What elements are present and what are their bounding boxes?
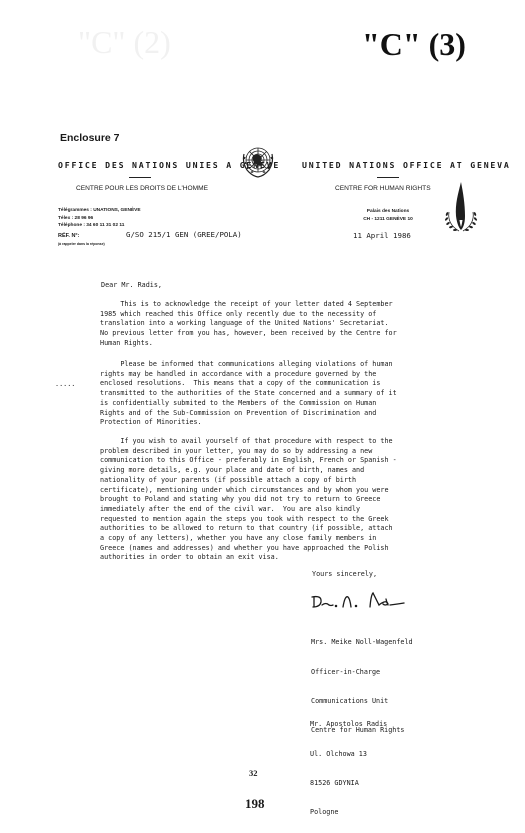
letterhead-divider-left — [129, 177, 151, 178]
paragraph-line: a copy of any letters), whether you have… — [100, 534, 397, 544]
letter-closing: Yours sincerely, — [312, 570, 377, 580]
paragraph-line: is confidentially submited to the Member… — [100, 399, 397, 409]
telex-line: Télex : 28 96 96 — [58, 215, 141, 223]
paragraph-line: rights may be handled in accordance with… — [100, 370, 397, 380]
recipient-address: Mr. Apostolos Radis Ul. Olchowa 13 81526… — [310, 701, 387, 827]
reference-note: (à rappeler dans la réponse) — [58, 242, 105, 246]
paragraph-line: requested to mention again the steps you… — [100, 515, 397, 525]
paragraph-line: giving more details, e.g. your place and… — [100, 466, 397, 476]
paragraph-line: If you wish to avail yourself of that pr… — [100, 437, 397, 447]
recipient-country: Pologne — [310, 808, 387, 818]
reference-label: RÉF. N°: — [58, 233, 79, 239]
margin-mark: ..... — [55, 380, 75, 388]
recipient-street: Ul. Olchowa 13 — [310, 750, 387, 760]
paragraph-procedure: Please be informed that communications a… — [100, 360, 397, 428]
united-nations-emblem-icon — [239, 142, 277, 180]
telephone-line: Téléphone : 34 60 11 31 02 11 — [58, 222, 141, 230]
paragraph-line: authorities in order to obtain an exit v… — [100, 553, 397, 563]
page-number-collection: 198 — [245, 796, 265, 812]
letterhead-divider-right — [377, 177, 399, 178]
signatory-name: Mrs. Meike Noll-Wagenfeld — [311, 638, 413, 648]
address-line: CH - 1211 GENÈVE 10 — [352, 216, 424, 224]
paragraph-line: Human Rights. — [100, 339, 397, 349]
recipient-name: Mr. Apostolos Radis — [310, 720, 387, 730]
paragraph-line: brought to Poland and stating why you di… — [100, 495, 397, 505]
paragraph-line: Protection of Minorities. — [100, 418, 397, 428]
centre-name-english: CENTRE FOR HUMAN RIGHTS — [335, 185, 431, 192]
paragraph-line: 1985 which reached this Office only rece… — [100, 310, 397, 320]
recipient-city: 81526 GDYNIA — [310, 779, 387, 789]
paragraph-line: This is to acknowledge the receipt of yo… — [100, 300, 397, 310]
paragraph-acknowledgement: This is to acknowledge the receipt of yo… — [100, 300, 397, 349]
paragraph-line: immediately after the end of the civil w… — [100, 505, 397, 515]
paragraph-line: Rights and of the Sub-Commission on Prev… — [100, 409, 397, 419]
paragraph-line: communication to this Office - preferabl… — [100, 456, 397, 466]
paragraph-line: Please be informed that communications a… — [100, 360, 397, 370]
letter-date: 11 April 1986 — [353, 231, 411, 240]
office-address: Palais des Nations CH - 1211 GENÈVE 10 — [352, 208, 424, 224]
centre-name-french: CENTRE POUR LES DROITS DE L'HOMME — [76, 185, 208, 192]
paragraph-line: transmitted to the authorities of the St… — [100, 389, 397, 399]
paragraph-line: translation into a working language of t… — [100, 319, 397, 329]
paragraph-line: No previous letter from you has, however… — [100, 329, 397, 339]
paragraph-line: certificate), mentioning under which cir… — [100, 486, 397, 496]
paragraph-line: enclosed resolutions. This means that a … — [100, 379, 397, 389]
address-line: Palais des Nations — [352, 208, 424, 216]
letter-greeting: Dear Mr. Radis, — [101, 281, 162, 291]
paragraph-line: problem described in your letter, you ma… — [100, 447, 397, 457]
office-name-english: UNITED NATIONS OFFICE AT GENEVA — [302, 160, 511, 170]
enclosure-heading: Enclosure 7 — [60, 132, 120, 144]
paragraph-line: authorities to be allowed to return to t… — [100, 524, 397, 534]
signatory-title: Officer-in-Charge — [311, 668, 413, 678]
page-number-internal: 32 — [249, 768, 258, 778]
paragraph-line: nationality of your parents (if possible… — [100, 476, 397, 486]
human-rights-flame-laurel-icon — [437, 180, 485, 240]
exhibit-label: "C" (3) — [362, 26, 466, 63]
telegram-line: Télégrammes : UNATIONS, GENÈVE — [58, 207, 141, 215]
handwritten-signature-icon — [310, 585, 430, 613]
paragraph-request-details: If you wish to avail yourself of that pr… — [100, 437, 397, 563]
paragraph-line: Greece (names and addresses) and whether… — [100, 544, 397, 554]
reference-number: G/SO 215/1 GEN (GREE/POLA) — [126, 230, 242, 239]
contact-details: Télégrammes : UNATIONS, GENÈVE Télex : 2… — [58, 207, 141, 230]
faint-bleed-through-label: "C" (2) — [78, 24, 171, 61]
